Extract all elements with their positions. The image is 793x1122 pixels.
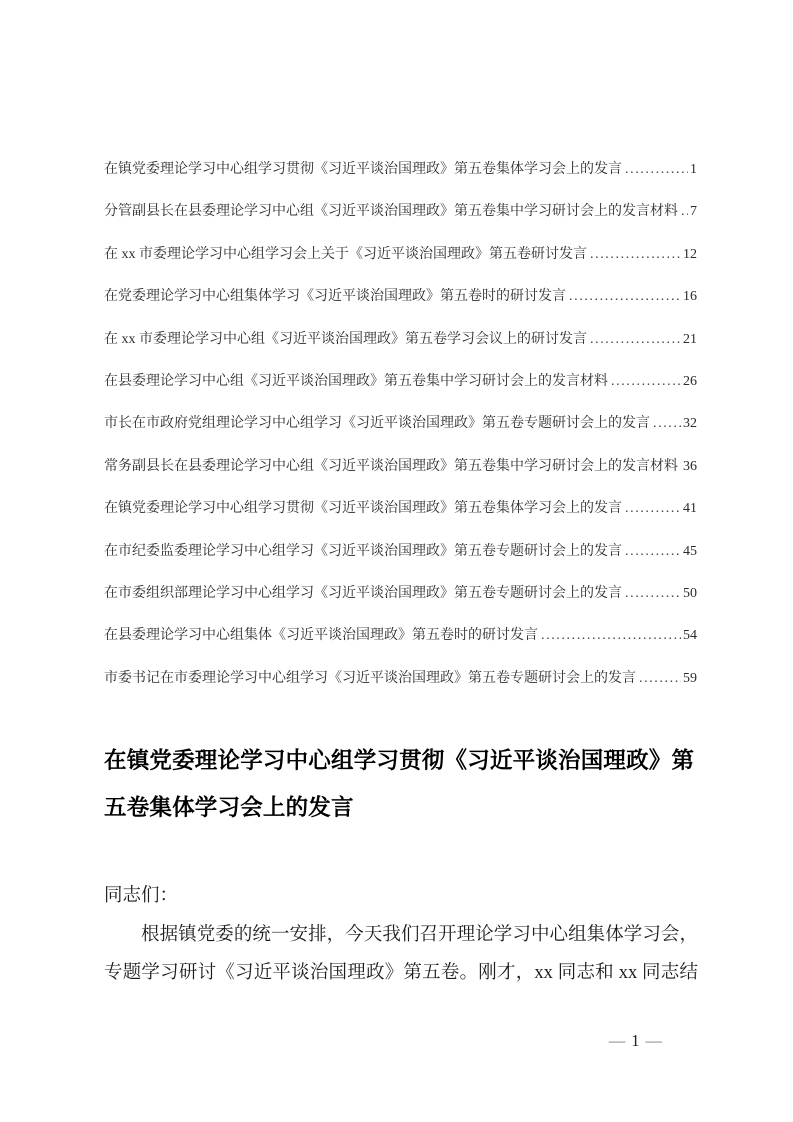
salutation: 同志们： [104,877,698,916]
toc-entry-title: 在县委理论学习中心组《习近平谈治国理政》第五卷集中学习研讨会上的发言材料 [104,361,608,403]
toc-leader-dots [625,149,688,191]
toc-entry[interactable]: 在市纪委监委理论学习中心组学习《习近平谈治国理政》第五卷专题研讨会上的发言 45 [104,531,697,573]
toc-entry[interactable]: 在 xx 市委理论学习中心组学习会上关于《习近平谈治国理政》第五卷研讨发言 12 [104,234,697,276]
toc-page-number: 32 [683,403,697,445]
toc-page-number: 1 [690,149,697,191]
toc-entry-title: 在镇党委理论学习中心组学习贯彻《习近平谈治国理政》第五卷集体学习会上的发言 [104,488,622,530]
toc-leader-dots [541,615,681,657]
toc-entry[interactable]: 在县委理论学习中心组《习近平谈治国理政》第五卷集中学习研讨会上的发言材料 26 [104,361,697,403]
toc-entry[interactable]: 在党委理论学习中心组集体学习《习近平谈治国理政》第五卷时的研讨发言 16 [104,276,697,318]
document-page: 在镇党委理论学习中心组学习贯彻《习近平谈治国理政》第五卷集体学习会上的发言 1 … [0,0,793,1122]
footer-page-number: 1 [631,1031,639,1050]
toc-entry-title: 在县委理论学习中心组集体《习近平谈治国理政》第五卷时的研讨发言 [104,615,538,657]
toc-entry-title: 市长在市政府党组理论学习中心组学习《习近平谈治国理政》第五卷专题研讨会上的发言 [104,403,650,445]
toc-entry-title: 在镇党委理论学习中心组学习贯彻《习近平谈治国理政》第五卷集体学习会上的发言 [104,149,622,191]
toc-page-number: 41 [683,488,697,530]
toc-entry-title: 常务副县长在县委理论学习中心组《习近平谈治国理政》第五卷集中学习研讨会上的发言材… [104,446,678,488]
toc-page-number: 45 [683,531,697,573]
toc-page-number: 21 [683,319,697,361]
toc-entry[interactable]: 在镇党委理论学习中心组学习贯彻《习近平谈治国理政》第五卷集体学习会上的发言 1 [104,149,697,191]
toc-leader-dots [625,531,681,573]
toc-entry-title: 在 xx 市委理论学习中心组学习会上关于《习近平谈治国理政》第五卷研讨发言 [104,234,587,276]
toc-entry[interactable]: 常务副县长在县委理论学习中心组《习近平谈治国理政》第五卷集中学习研讨会上的发言材… [104,446,697,488]
page-footer: —1— [603,1031,668,1051]
toc-entry[interactable]: 在镇党委理论学习中心组学习贯彻《习近平谈治国理政》第五卷集体学习会上的发言 41 [104,488,697,530]
footer-right-dash: — [640,1031,669,1050]
toc-entry[interactable]: 在市委组织部理论学习中心组学习《习近平谈治国理政》第五卷专题研讨会上的发言 50 [104,573,697,615]
toc-entry-title: 在市委组织部理论学习中心组学习《习近平谈治国理政》第五卷专题研讨会上的发言 [104,573,622,615]
toc-entry[interactable]: 在 xx 市委理论学习中心组《习近平谈治国理政》第五卷学习会议上的研讨发言 21 [104,319,697,361]
toc-leader-dots [681,191,688,233]
toc-page-number: 7 [690,191,697,233]
toc-leader-dots [625,573,681,615]
toc-leader-dots [611,361,681,403]
footer-left-dash: — [603,1031,632,1050]
toc-page-number: 12 [683,234,697,276]
toc-entry-title: 分管副县长在县委理论学习中心组《习近平谈治国理政》第五卷集中学习研讨会上的发言材… [104,191,678,233]
toc-page-number: 16 [683,276,697,318]
toc-page-number: 36 [683,446,697,488]
toc-entry-title: 在市纪委监委理论学习中心组学习《习近平谈治国理政》第五卷专题研讨会上的发言 [104,531,622,573]
toc-entry[interactable]: 市委书记在市委理论学习中心组学习《习近平谈治国理政》第五卷专题研讨会上的发言 5… [104,658,697,700]
toc-leader-dots [653,403,681,445]
table-of-contents: 在镇党委理论学习中心组学习贯彻《习近平谈治国理政》第五卷集体学习会上的发言 1 … [104,149,697,700]
toc-leader-dots [569,276,681,318]
toc-page-number: 50 [683,573,697,615]
toc-entry[interactable]: 分管副县长在县委理论学习中心组《习近平谈治国理政》第五卷集中学习研讨会上的发言材… [104,191,697,233]
toc-page-number: 54 [683,615,697,657]
toc-page-number: 59 [683,658,697,700]
toc-leader-dots [639,658,681,700]
article-body: 同志们： 根据镇党委的统一安排，今天我们召开理论学习中心组集体学习会，专题学习研… [104,877,698,993]
toc-leader-dots [590,234,681,276]
body-paragraph: 根据镇党委的统一安排，今天我们召开理论学习中心组集体学习会，专题学习研讨《习近平… [104,916,698,993]
toc-entry[interactable]: 在县委理论学习中心组集体《习近平谈治国理政》第五卷时的研讨发言 54 [104,615,697,657]
toc-entry-title: 在 xx 市委理论学习中心组《习近平谈治国理政》第五卷学习会议上的研讨发言 [104,319,587,361]
toc-entry-title: 市委书记在市委理论学习中心组学习《习近平谈治国理政》第五卷专题研讨会上的发言 [104,658,636,700]
article-title: 在镇党委理论学习中心组学习贯彻《习近平谈治国理政》第五卷集体学习会上的发言 [104,737,704,831]
toc-page-number: 26 [683,361,697,403]
toc-entry-title: 在党委理论学习中心组集体学习《习近平谈治国理政》第五卷时的研讨发言 [104,276,566,318]
toc-entry[interactable]: 市长在市政府党组理论学习中心组学习《习近平谈治国理政》第五卷专题研讨会上的发言 … [104,403,697,445]
toc-leader-dots [625,488,681,530]
toc-leader-dots [590,319,681,361]
